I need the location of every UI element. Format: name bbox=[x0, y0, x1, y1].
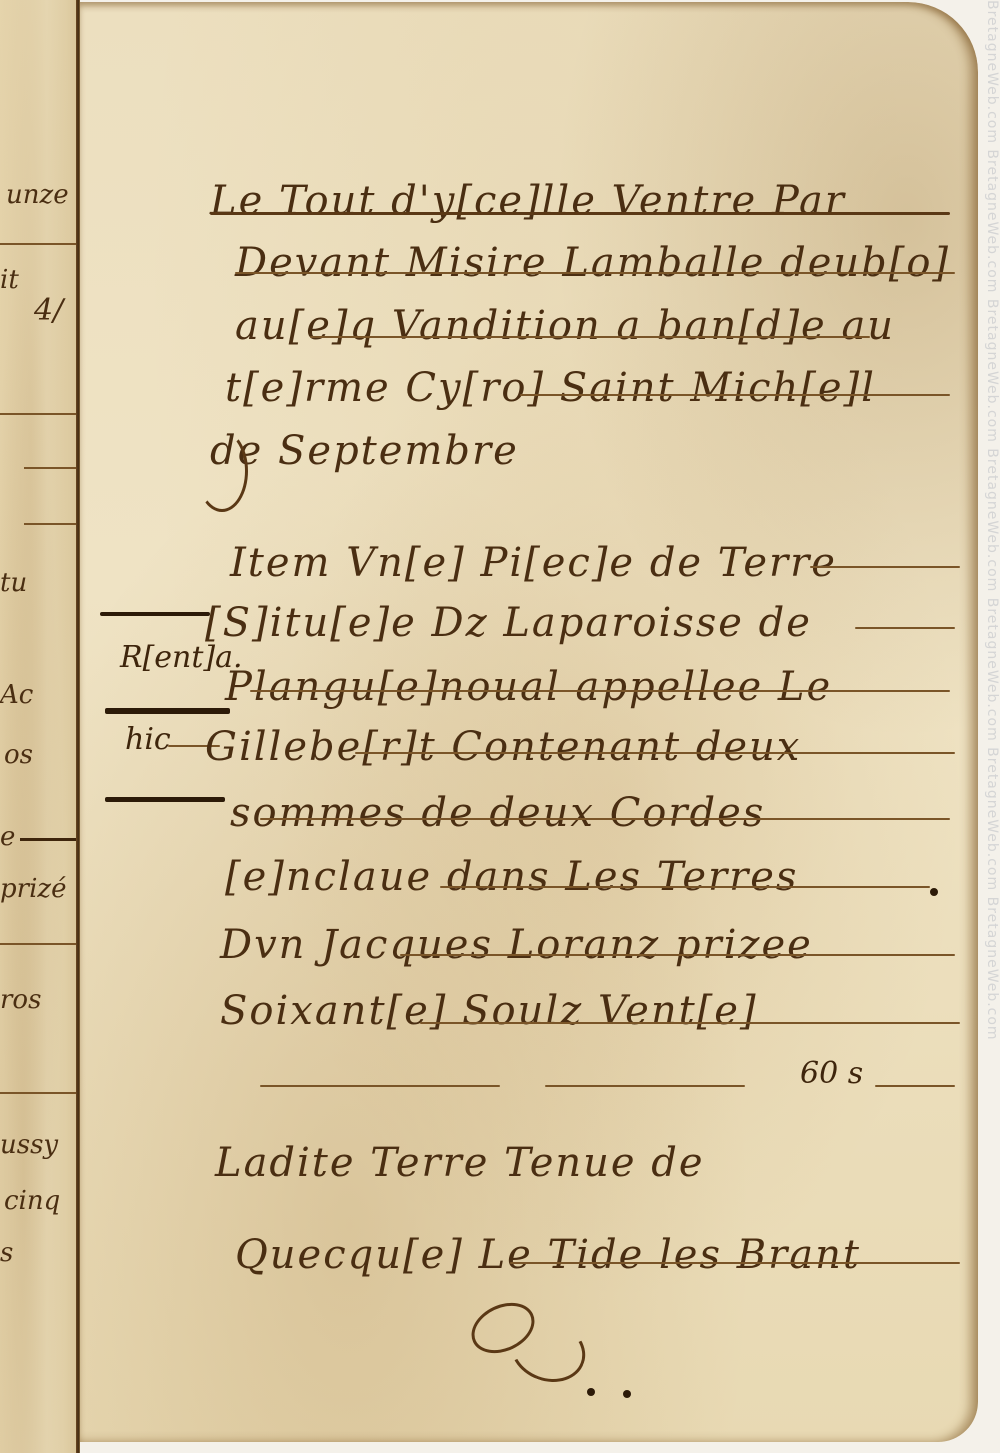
manuscript-line-5: de Septembre bbox=[210, 428, 519, 474]
marginal-note-hic: hic bbox=[125, 722, 171, 757]
left-fragment: cinq bbox=[4, 1186, 60, 1216]
left-rule bbox=[24, 467, 76, 469]
ink-dot bbox=[930, 888, 938, 896]
left-fragment: ussy bbox=[0, 1130, 58, 1160]
line-flourish bbox=[810, 566, 960, 568]
line-flourish bbox=[235, 272, 955, 274]
sum-rule bbox=[260, 1085, 500, 1087]
left-fragment: s bbox=[0, 1238, 13, 1268]
sum-rule bbox=[545, 1085, 745, 1087]
sum-rule bbox=[875, 1085, 955, 1087]
line-flourish bbox=[440, 886, 930, 888]
left-rule bbox=[24, 523, 76, 525]
manuscript-line-16: Quecqu[e] Le Tide les Brant bbox=[235, 1232, 861, 1278]
manuscript-line-6: Item Vn[e] Pi[ec]e de Terre bbox=[230, 540, 837, 586]
ink-dot bbox=[587, 1388, 595, 1396]
manuscript-line-3: au[e]q Vandition a ban[d]e au bbox=[235, 303, 895, 349]
line-flourish bbox=[855, 627, 955, 629]
line-flourish bbox=[520, 394, 950, 396]
manuscript-line-2: Devant Misire Lamballe deub[o] bbox=[235, 240, 950, 286]
left-fragment: prizé bbox=[0, 874, 66, 904]
manuscript-line-15: Ladite Terre Tenue de bbox=[215, 1140, 705, 1186]
left-rule bbox=[0, 243, 76, 245]
manuscript-line-13: Soixant[e] Soulz Vent[e] bbox=[220, 988, 758, 1034]
manuscript-line-10: sommes de deux Cordes bbox=[230, 790, 765, 836]
line-flourish bbox=[420, 1022, 960, 1024]
left-fragment: it bbox=[0, 265, 19, 295]
left-rule bbox=[0, 413, 76, 415]
manuscript-line-8: Plangu[e]noual appellee Le bbox=[225, 664, 832, 710]
watermark-text: BretagneWeb.com BretagneWeb.com Bretagne… bbox=[978, 0, 1000, 1453]
margin-rule bbox=[105, 797, 225, 802]
left-rule bbox=[0, 943, 76, 945]
manuscript-line-4: t[e]rme Cy[ro] Saint Mich[e]l bbox=[225, 365, 876, 411]
left-rule bbox=[0, 1092, 76, 1094]
line-flourish bbox=[355, 752, 955, 754]
line-flourish bbox=[400, 954, 955, 956]
manuscript-line-11: [e]nclaue dans Les Terres bbox=[225, 854, 798, 900]
left-fragment: ros bbox=[0, 985, 41, 1015]
bracket-flourish bbox=[196, 430, 248, 512]
line-flourish bbox=[210, 212, 950, 215]
manuscript-line-9: Gillebe[r]t Contenant deux bbox=[205, 724, 801, 770]
manuscript-line-7: [S]itu[e]e Dz Laparoisse de bbox=[205, 600, 812, 646]
left-fragment: tu bbox=[0, 568, 27, 598]
manuscript-scan: unze it 4/ tu Ac os e prizé ros ussy cin… bbox=[0, 0, 1000, 1453]
signature-paraphe bbox=[470, 1295, 590, 1385]
margin-rule bbox=[100, 612, 210, 616]
ink-dot bbox=[623, 1390, 631, 1398]
line-flourish bbox=[250, 690, 950, 692]
sum-amount: 60 s bbox=[800, 1056, 863, 1091]
left-fragment: unze bbox=[6, 180, 69, 210]
manuscript-line-12: Dvn Jacques Loranz prizee bbox=[220, 922, 813, 968]
line-flourish bbox=[310, 336, 870, 338]
left-page-strip: unze it 4/ tu Ac os e prizé ros ussy cin… bbox=[0, 0, 78, 1453]
line-flourish bbox=[510, 1262, 960, 1264]
left-rule bbox=[20, 838, 76, 841]
margin-rule bbox=[105, 708, 230, 714]
manuscript-line-1: Le Tout d'y[ce]lle Ventre Par bbox=[210, 178, 846, 224]
left-fragment: e bbox=[0, 822, 15, 852]
left-fragment: Ac bbox=[0, 680, 33, 710]
line-flourish bbox=[260, 818, 950, 820]
left-fragment: 4/ bbox=[34, 293, 63, 328]
left-fragment: os bbox=[4, 740, 33, 770]
